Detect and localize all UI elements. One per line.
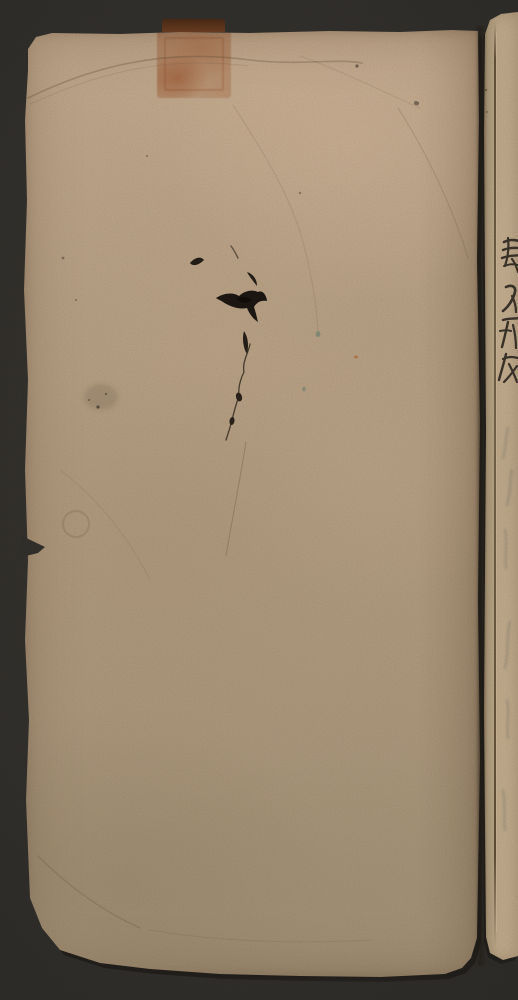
adjacent-page-sliver bbox=[481, 12, 518, 962]
scene-description: Blank aged paper leaf of an East Asian m… bbox=[0, 0, 1, 1]
fold-highlight bbox=[496, 32, 497, 932]
seal-border bbox=[164, 37, 224, 91]
red-seal-stamp bbox=[157, 30, 231, 98]
scan-backdrop: Blank aged paper leaf of an East Asian m… bbox=[0, 0, 518, 1000]
manuscript-page bbox=[23, 30, 480, 978]
paper-texture bbox=[23, 30, 480, 978]
binding-gap-shadow bbox=[476, 26, 486, 966]
seal-fold-over bbox=[162, 19, 225, 32]
